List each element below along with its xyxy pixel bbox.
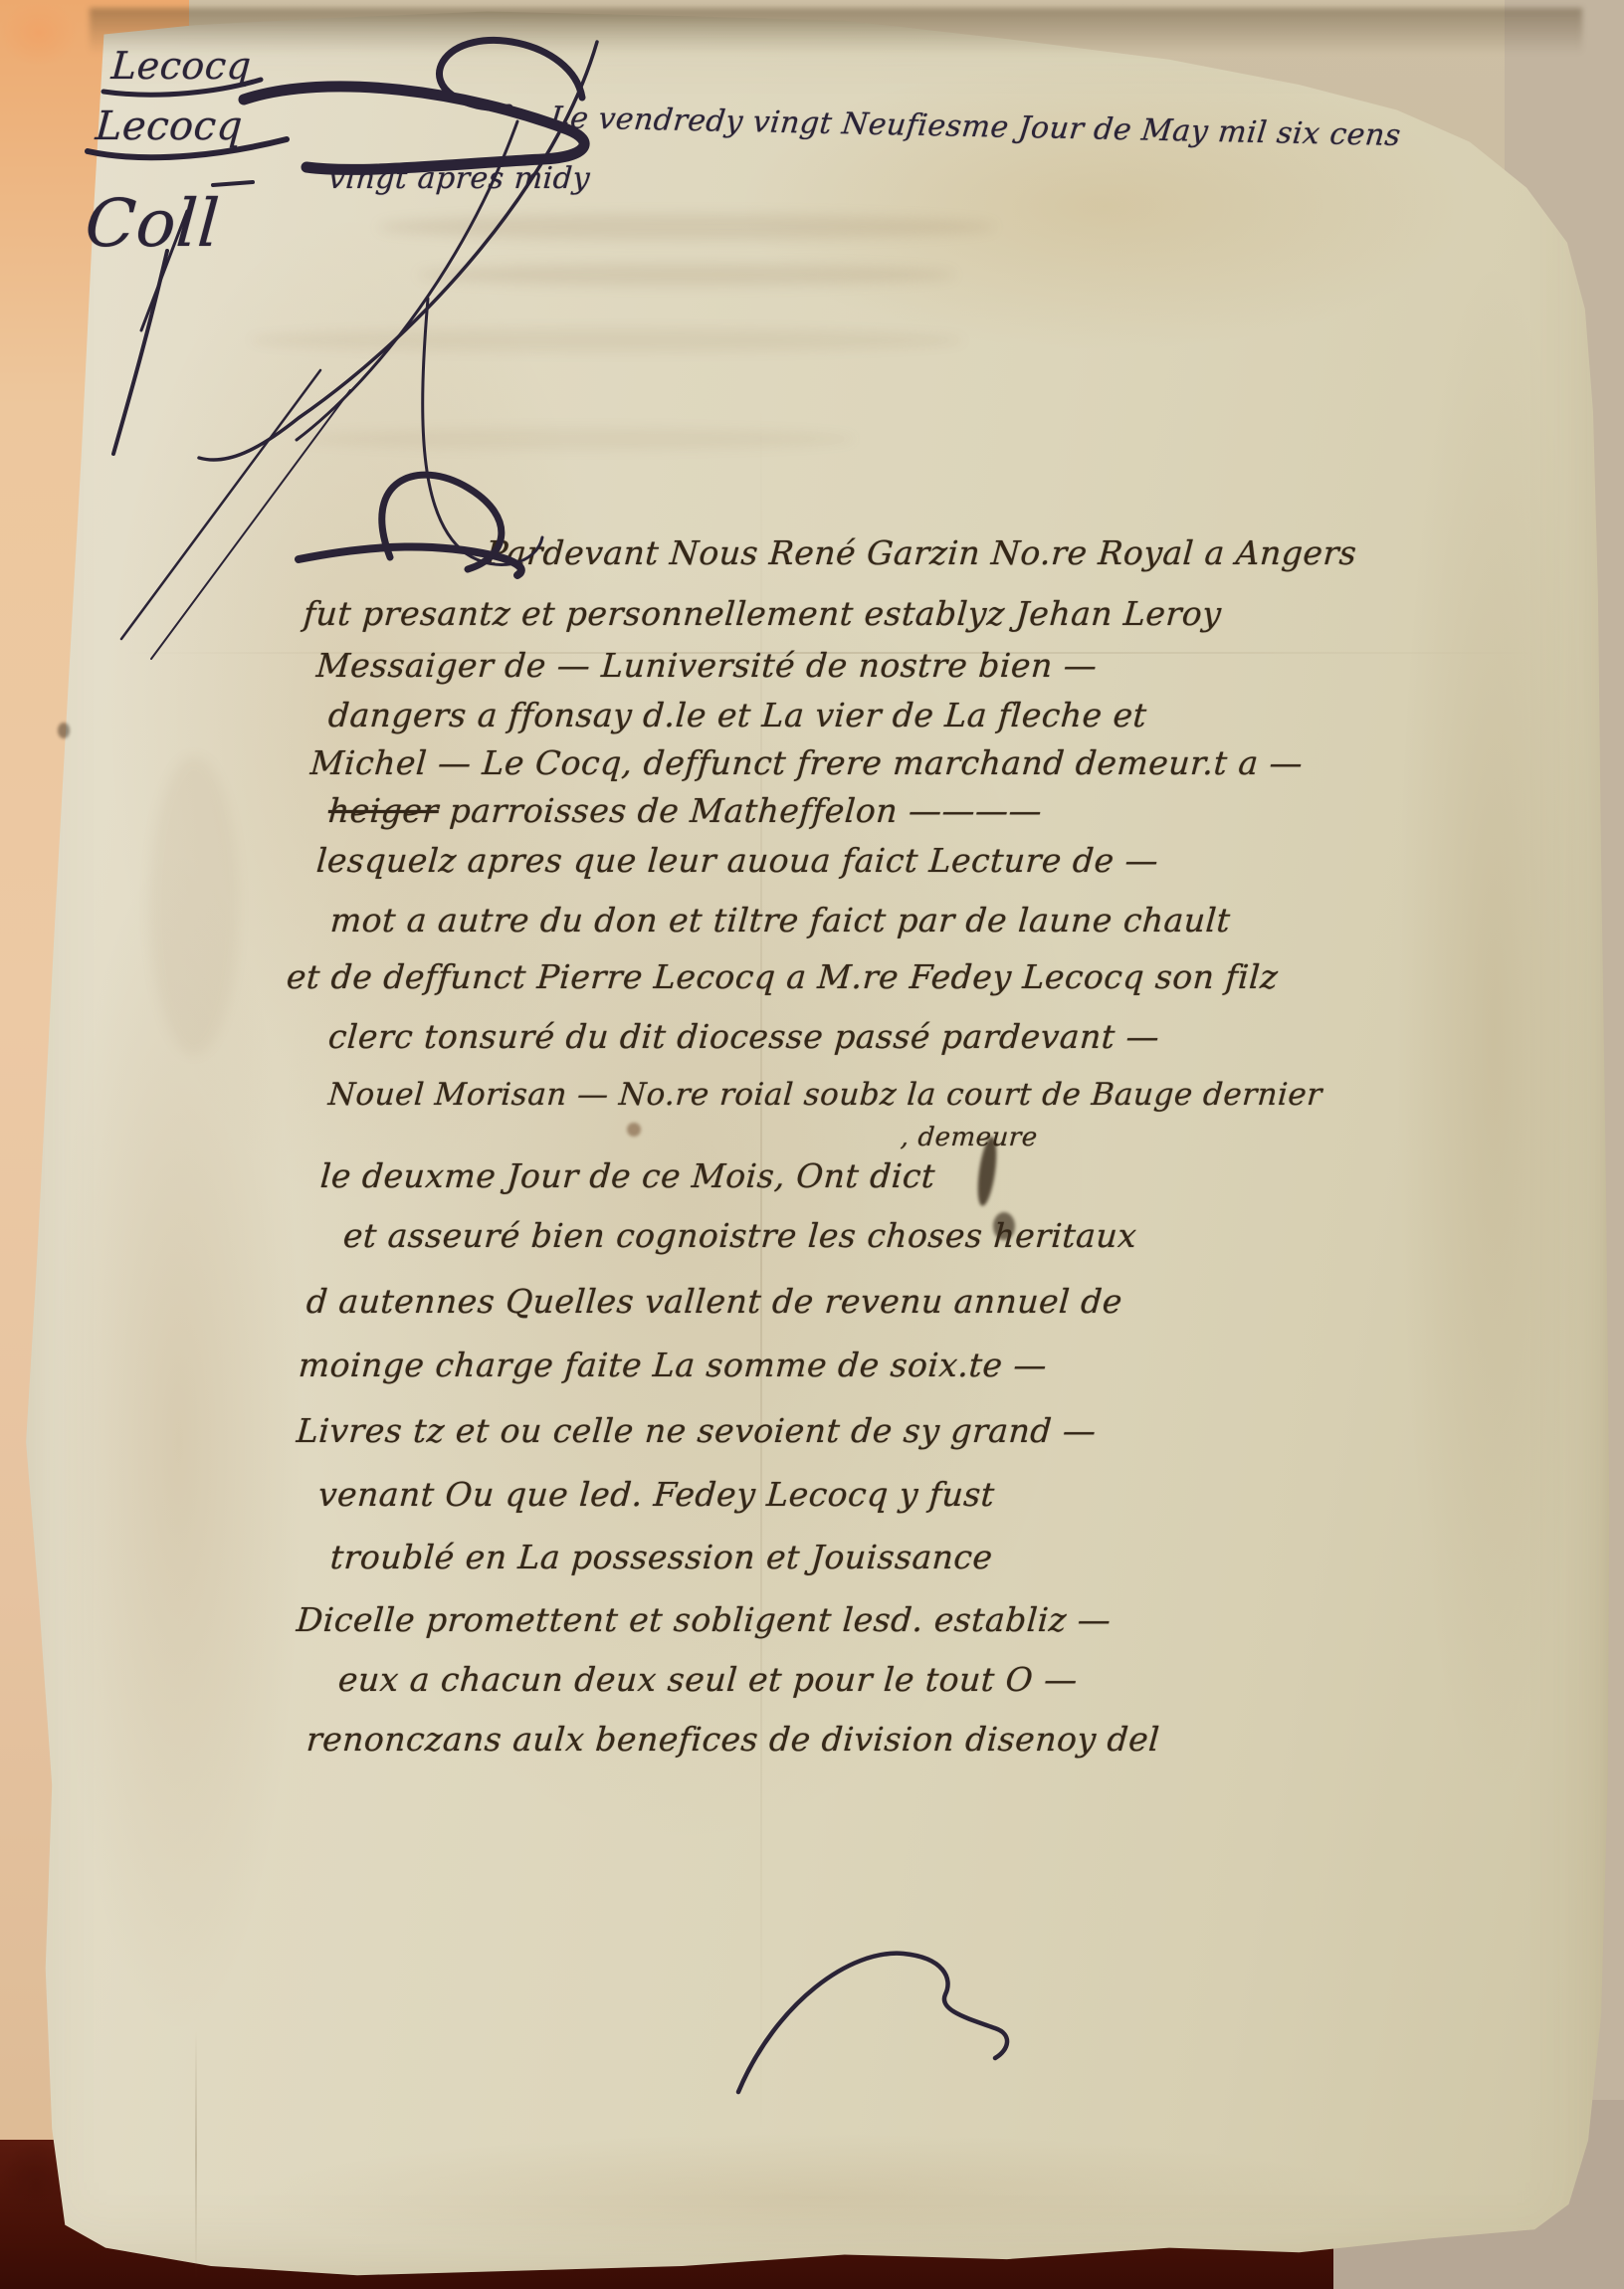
manuscript-line-11: Nouel Morisan — No.re roial soubz la cou… <box>327 1077 1323 1113</box>
manuscript-line-06: heiger parroisses de Matheffelon ———— <box>327 791 1044 830</box>
bleedthrough-streak <box>418 264 955 286</box>
struck-word: heiger <box>327 791 440 830</box>
line-06-rest: parroisses de Matheffelon ———— <box>437 791 1043 830</box>
manuscript-line-16: Livres tz et ou celle ne sevoient de sy … <box>296 1411 1098 1450</box>
paper-chip-shadow <box>58 723 70 738</box>
manuscript-line-08: mot a autre du don et tiltre faict par d… <box>329 901 1232 939</box>
manuscript-line-09: et de deffunct Pierre Lecocq a M.re Fede… <box>286 957 1280 996</box>
aged-stain <box>149 756 239 1055</box>
brown-spot <box>627 1123 641 1137</box>
bleedthrough-streak <box>299 428 856 450</box>
margin-note-lecocq-2: Lecocq <box>94 104 244 149</box>
manuscript-line-11b: , demeure <box>900 1123 1039 1152</box>
manuscript-photo: Lecocq Lecocq Coll Le vendredy vingt Neu… <box>0 0 1624 2289</box>
manuscript-line-05: Michel — Le Cocq, deffunct frere marchan… <box>309 743 1305 782</box>
manuscript-line-19: Dicelle promettent et sobligent lesd. es… <box>296 1600 1113 1639</box>
bottom-left-crease <box>195 2030 197 2279</box>
manuscript-line-18: troublé en La possession et Jouissance <box>329 1538 994 1576</box>
manuscript-line-21: renonczans aulx benefices de division di… <box>305 1720 1161 1759</box>
bleedthrough-streak <box>378 214 995 240</box>
manuscript-line-01: Pardevant Nous René Garzin No.re Royal a… <box>485 533 1358 572</box>
manuscript-line-12: le deuxme Jour de ce Mois, Ont dict <box>319 1156 937 1195</box>
manuscript-line-13: et asseuré bien cognoistre les choses he… <box>342 1216 1138 1255</box>
manuscript-line-10: clerc tonsuré du dit diocesse passé pard… <box>327 1017 1161 1056</box>
margin-note-lecocq-1: Lecocq <box>109 44 253 88</box>
manuscript-line-14: d autennes Quelles vallent de revenu ann… <box>305 1282 1124 1321</box>
bleedthrough-streak <box>249 328 965 352</box>
header-date-line-2: vingt apres midy <box>327 161 591 196</box>
manuscript-line-15: moinge charge faite La somme de soix.te … <box>298 1346 1049 1384</box>
manuscript-line-02: fut presantz et personnellement establyz… <box>303 594 1223 633</box>
torn-top-edge-shadow <box>90 8 1582 54</box>
margin-note-coll: Coll <box>83 185 222 262</box>
manuscript-line-07: lesquelz apres que leur auoua faict Lect… <box>315 841 1160 880</box>
manuscript-line-20: eux a chacun deux seul et pour le tout O… <box>337 1660 1079 1699</box>
manuscript-line-03: Messaiger de — Luniversité de nostre bie… <box>315 646 1099 685</box>
manuscript-line-17: venant Ou que led. Fedey Lecocq y fust <box>317 1475 996 1514</box>
manuscript-line-04: dangers a ffonsay d.le et La vier de La … <box>327 696 1148 734</box>
